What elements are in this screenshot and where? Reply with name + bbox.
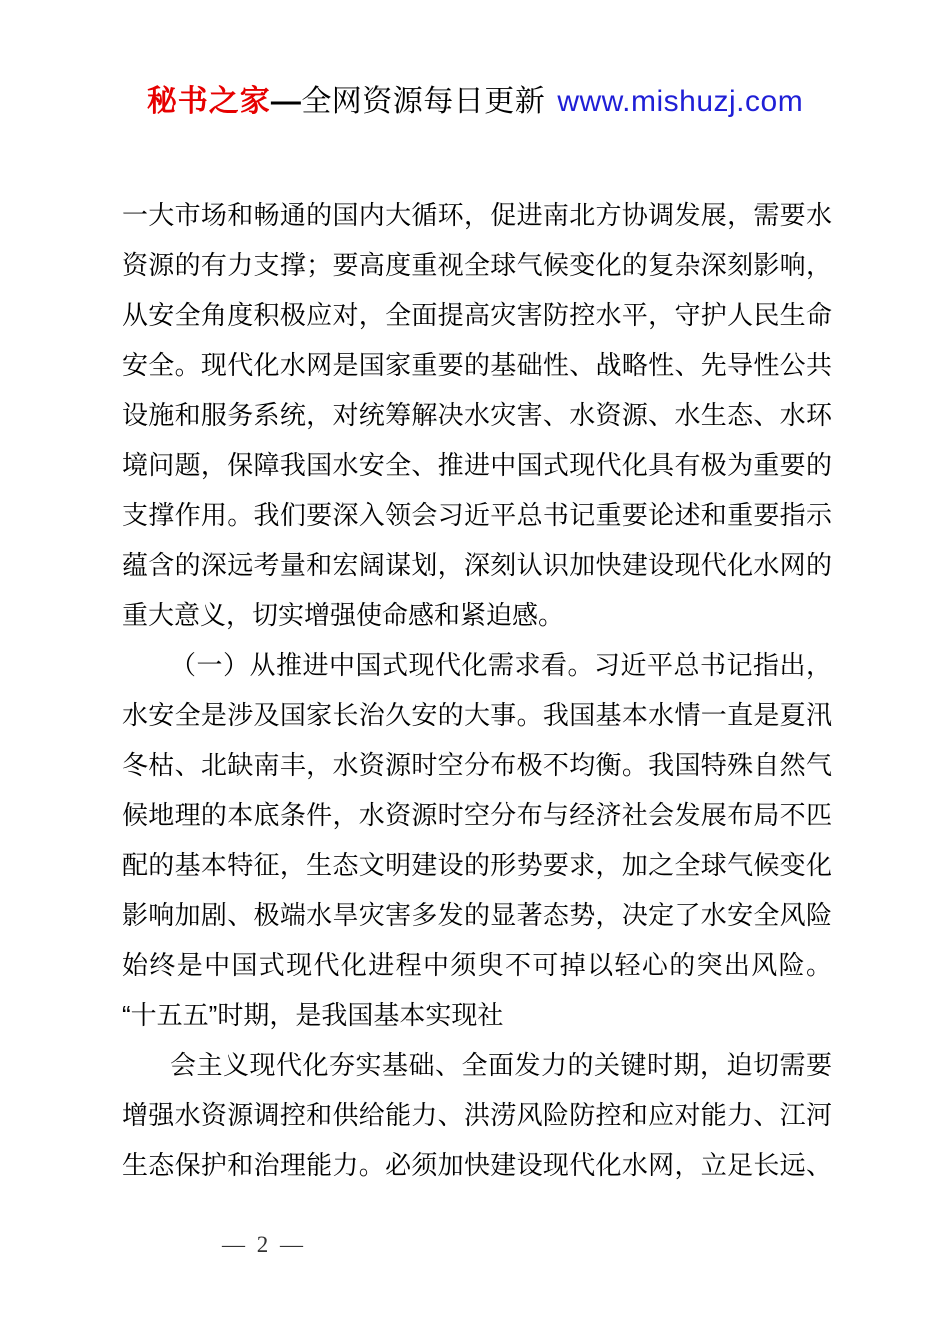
site-name: 秘书之家 (147, 85, 271, 118)
site-header: 秘书之家—全网资源每日更新www.mishuzj.com (0, 84, 950, 120)
text-line: 冬枯、北缺南丰，水资源时空分布极不均衡。我国特殊自然气 (122, 740, 832, 790)
header-separator: — (271, 85, 302, 118)
text-line: 设施和服务系统，对统筹解决水灾害、水资源、水生态、水环 (122, 390, 832, 440)
text-line: 水安全是涉及国家长治久安的大事。我国基本水情一直是夏汛 (122, 690, 832, 740)
text-line: 会主义现代化夯实基础、全面发力的关键时期，迫切需要 (122, 1040, 832, 1090)
text-line: 始终是中国式现代化进程中须臾不可掉以轻心的突出风险。 (122, 940, 832, 990)
text-line: （一）从推进中国式现代化需求看。习近平总书记指出， (122, 640, 832, 690)
text-line: 安全。现代化水网是国家重要的基础性、战略性、先导性公共 (122, 340, 832, 390)
text-line: 候地理的本底条件，水资源时空分布与经济社会发展布局不匹 (122, 790, 832, 840)
document-page: 秘书之家—全网资源每日更新www.mishuzj.com 一大市场和畅通的国内大… (0, 0, 950, 1344)
text-line: 增强水资源调控和供给能力、洪涝风险防控和应对能力、江河 (122, 1090, 832, 1140)
site-tagline: 全网资源每日更新 (301, 85, 545, 118)
text-line: “十五五”时期，是我国基本实现社 (122, 990, 832, 1040)
text-line: 一大市场和畅通的国内大循环，促进南北方协调发展，需要水 (122, 190, 832, 240)
text-line: 资源的有力支撑；要高度重视全球气候变化的复杂深刻影响， (122, 240, 832, 290)
text-line: 支撑作用。我们要深入领会习近平总书记重要论述和重要指示 (122, 490, 832, 540)
text-line: 境问题，保障我国水安全、推进中国式现代化具有极为重要的 (122, 440, 832, 490)
text-line: 蕴含的深远考量和宏阔谋划，深刻认识加快建设现代化水网的 (122, 540, 832, 590)
page-number: — 2 — (222, 1232, 306, 1258)
body-text: 一大市场和畅通的国内大循环，促进南北方协调发展，需要水资源的有力支撑；要高度重视… (122, 190, 832, 1190)
text-line: 配的基本特征，生态文明建设的形势要求，加之全球气候变化 (122, 840, 832, 890)
site-url-link[interactable]: www.mishuzj.com (557, 85, 803, 118)
text-line: 重大意义，切实增强使命感和紧迫感。 (122, 590, 832, 640)
text-line: 生态保护和治理能力。必须加快建设现代化水网，立足长远、 (122, 1140, 832, 1190)
text-line: 从安全角度积极应对，全面提高灾害防控水平，守护人民生命 (122, 290, 832, 340)
text-line: 影响加剧、极端水旱灾害多发的显著态势，决定了水安全风险 (122, 890, 832, 940)
